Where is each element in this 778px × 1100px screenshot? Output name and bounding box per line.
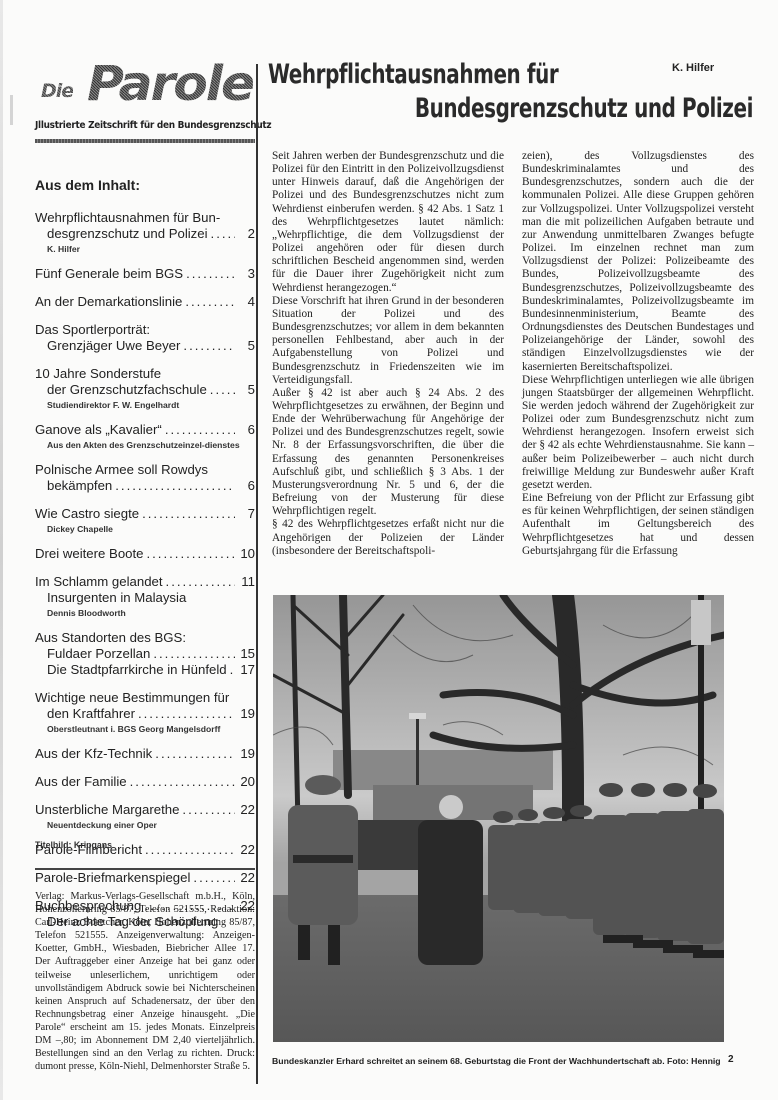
toc-line: Die Stadtpfarrkirche in Hünfeld17: [35, 662, 255, 678]
toc-leader-dots: [146, 546, 235, 562]
toc-page-number: [235, 630, 255, 646]
toc-leader-dots: [130, 774, 235, 790]
toc-leader-dots: [189, 590, 235, 606]
toc-entry-title: Wie Castro siegte: [35, 506, 139, 522]
toc-line: Fuldaer Porzellan15: [35, 646, 255, 662]
toc-entry-title: Aus Standorten des BGS:: [35, 630, 186, 646]
toc-leader-dots: [223, 210, 235, 226]
toc-line: Aus Standorten des BGS:: [35, 630, 255, 646]
toc-entry-author: Oberstleutnant i. BGS Georg Mangelsdorff: [35, 724, 255, 734]
toc-line: Wichtige neue Bestimmungen für: [35, 690, 255, 706]
toc-leader-dots: [164, 366, 235, 382]
toc-page-number: [235, 690, 255, 706]
toc-line: Im Schlamm gelandet11: [35, 574, 255, 590]
toc-line: Insurgenten in Malaysia: [35, 590, 255, 606]
toc-entry-title: Unsterbliche Margarethe: [35, 802, 179, 818]
toc-item: 10 Jahre Sonderstufeder Grenzschutzfachs…: [35, 366, 255, 410]
toc-entry-title: den Kraftfahrer: [47, 706, 135, 722]
article-paragraph: Außer § 42 ist aber auch § 24 Abs. 2 des…: [272, 387, 504, 519]
toc-entry-author: Aus den Akten des Grenzschutzeinzel-dien…: [35, 440, 255, 450]
toc-leader-dots: [166, 574, 235, 590]
toc-item: Das Sportlerporträt:Grenzjäger Uwe Beyer…: [35, 322, 255, 354]
toc-page-number: [235, 462, 255, 478]
toc-page-number: 19: [235, 706, 255, 722]
toc-entry-title: Aus der Familie: [35, 774, 127, 790]
imprint-divider: [35, 868, 255, 870]
masthead-subtitle: Jllustrierte Zeitschrift für den Bundesg…: [35, 120, 240, 131]
toc-page-number: [235, 322, 255, 338]
scan-edge: [0, 0, 3, 1100]
toc-leader-dots: [211, 226, 235, 242]
toc-line: Parole-Briefmarkenspiegel22: [35, 870, 255, 886]
toc-leader-dots: [142, 506, 235, 522]
toc-item: Unsterbliche Margarethe22Neuentdeckung e…: [35, 802, 255, 830]
toc-leader-dots: [145, 842, 235, 858]
toc-leader-dots: [211, 462, 235, 478]
logo-name: Parole: [87, 56, 253, 112]
toc-leader-dots: [182, 802, 235, 818]
logo-prefix: Die: [41, 80, 73, 102]
toc-line: Polnische Armee soll Rowdys: [35, 462, 255, 478]
toc-page-number: 19: [235, 746, 255, 762]
toc-page-number: 6: [235, 478, 255, 494]
toc-entry-title: 10 Jahre Sonderstufe: [35, 366, 161, 382]
toc-line: Unsterbliche Margarethe22: [35, 802, 255, 818]
toc-leader-dots: [115, 478, 235, 494]
toc-item: Aus der Familie20: [35, 774, 255, 790]
article-photo: [273, 595, 724, 1042]
toc-entry-author: Dickey Chapelle: [35, 524, 255, 534]
toc-leader-dots: [193, 870, 235, 886]
toc-line: bekämpfen6: [35, 478, 255, 494]
toc-entry-author: Neuentdeckung einer Oper: [35, 820, 255, 830]
toc-leader-dots: [189, 630, 235, 646]
toc-line: Wehrpflichtausnahmen für Bun-: [35, 210, 255, 226]
toc-page-number: 10: [235, 546, 255, 562]
toc-item: Aus Standorten des BGS:Fuldaer Porzellan…: [35, 630, 255, 678]
toc-leader-dots: [183, 338, 235, 354]
toc-item: Parole-Briefmarkenspiegel22: [35, 870, 255, 886]
cover-credit: Titelbild: Kripgans: [35, 840, 112, 850]
toc-leader-dots: [185, 294, 235, 310]
toc-entry-title: Parole-Briefmarkenspiegel: [35, 870, 190, 886]
toc-leader-dots: [165, 422, 235, 438]
toc-page-number: [235, 366, 255, 382]
article-paragraph: Diese Vorschrift hat ihren Grund in der …: [272, 295, 504, 387]
sidebar: Die Parole Jllustrierte Zeitschrift für …: [35, 62, 255, 942]
page-number: 2: [728, 1054, 734, 1065]
toc-entry-author: Studiendirektor F. W. Engelhardt: [35, 400, 255, 410]
toc-entry-title: Grenzjäger Uwe Beyer: [47, 338, 180, 354]
toc-entry-title: Das Sportlerporträt:: [35, 322, 150, 338]
toc-entry-title: Polnische Armee soll Rowdys: [35, 462, 208, 478]
toc-line: 10 Jahre Sonderstufe: [35, 366, 255, 382]
toc-line: den Kraftfahrer19: [35, 706, 255, 722]
toc-entry-title: desgrenzschutz und Polizei: [47, 226, 208, 242]
toc-page-number: 5: [235, 382, 255, 398]
toc-item: Aus der Kfz-Technik19: [35, 746, 255, 762]
article-title-line1: Wehrpflichtausnahmen für: [268, 58, 666, 92]
toc-item: Ganove als „Kavalier“6Aus den Akten des …: [35, 422, 255, 450]
toc-heading: Aus dem Inhalt:: [35, 177, 255, 193]
toc-entry-author: Dennis Bloodworth: [35, 608, 255, 618]
toc-leader-dots: [210, 382, 235, 398]
toc-line: desgrenzschutz und Polizei2: [35, 226, 255, 242]
masthead-divider: [35, 139, 255, 143]
toc-item: Drei weitere Boote10: [35, 546, 255, 562]
toc-page-number: 4: [235, 294, 255, 310]
scan-mark: [10, 95, 13, 125]
photo-honor-guard-image: [273, 595, 724, 1042]
toc-item: An der Demarkationslinie4: [35, 294, 255, 310]
toc-item: Wehrpflichtausnahmen für Bun-desgrenzsch…: [35, 210, 255, 254]
toc-entry-author: K. Hilfer: [35, 244, 255, 254]
article-body: Seit Jahren werben der Bundesgrenzschutz…: [272, 150, 754, 558]
toc-page-number: 11: [235, 574, 255, 590]
toc-leader-dots: [153, 322, 235, 338]
toc-entry-title: Wehrpflichtausnahmen für Bun-: [35, 210, 220, 226]
toc-entry-title: Fuldaer Porzellan: [47, 646, 150, 662]
imprint-text: Verlag: Markus-Verlags-Gesellschaft m.b.…: [35, 890, 255, 1073]
toc-entry-title: Die Stadtpfarrkirche in Hünfeld: [47, 662, 227, 678]
toc-item: Wichtige neue Bestimmungen fürden Kraftf…: [35, 690, 255, 734]
toc-entry-title: Drei weitere Boote: [35, 546, 143, 562]
article-title: Wehrpflichtausnahmen für Bundesgrenzschu…: [268, 58, 753, 126]
toc-page-number: 22: [235, 802, 255, 818]
toc-entry-title: der Grenzschutzfachschule: [47, 382, 207, 398]
table-of-contents: Wehrpflichtausnahmen für Bun-desgrenzsch…: [35, 210, 255, 930]
toc-page-number: 6: [235, 422, 255, 438]
masthead-logo: Die Parole: [35, 62, 255, 118]
toc-page-number: 3: [235, 266, 255, 282]
article-paragraph: zeien), des Vollzugsdienstes des Bundesk…: [522, 150, 754, 374]
toc-page-number: [235, 590, 255, 606]
toc-page-number: 2: [235, 226, 255, 242]
toc-entry-title: Im Schlamm gelandet: [35, 574, 163, 590]
toc-page-number: 22: [235, 870, 255, 886]
toc-item: Polnische Armee soll Rowdysbekämpfen6: [35, 462, 255, 494]
toc-line: Grenzjäger Uwe Beyer5: [35, 338, 255, 354]
toc-page-number: 17: [235, 662, 255, 678]
column-divider: [256, 64, 258, 1084]
toc-entry-title: Fünf Generale beim BGS: [35, 266, 183, 282]
toc-entry-title: bekämpfen: [47, 478, 112, 494]
article-column-2: zeien), des Vollzugsdienstes des Bundesk…: [522, 150, 754, 558]
toc-leader-dots: [155, 746, 235, 762]
toc-item: Fünf Generale beim BGS3: [35, 266, 255, 282]
toc-page-number: [235, 210, 255, 226]
toc-leader-dots: [138, 706, 235, 722]
toc-line: Das Sportlerporträt:: [35, 322, 255, 338]
toc-entry-title: Aus der Kfz-Technik: [35, 746, 152, 762]
article-paragraph: § 42 des Wehrpflichtgesetzes erfaßt nich…: [272, 518, 504, 557]
toc-line: Aus der Familie20: [35, 774, 255, 790]
toc-page-number: 5: [235, 338, 255, 354]
toc-line: Wie Castro siegte7: [35, 506, 255, 522]
toc-page-number: 20: [235, 774, 255, 790]
article-column-1: Seit Jahren werben der Bundesgrenzschutz…: [272, 150, 504, 558]
article-paragraph: Seit Jahren werben der Bundesgrenzschutz…: [272, 150, 504, 295]
toc-line: An der Demarkationslinie4: [35, 294, 255, 310]
toc-page-number: 15: [235, 646, 255, 662]
article-paragraph: Eine Befreiung von der Pflicht zur Erfas…: [522, 492, 754, 558]
toc-line: Fünf Generale beim BGS3: [35, 266, 255, 282]
toc-item: Im Schlamm gelandet11Insurgenten in Mala…: [35, 574, 255, 618]
toc-leader-dots: [186, 266, 235, 282]
toc-page-number: 22: [235, 842, 255, 858]
toc-page-number: 7: [235, 506, 255, 522]
toc-line: Ganove als „Kavalier“6: [35, 422, 255, 438]
toc-line: der Grenzschutzfachschule5: [35, 382, 255, 398]
photo-caption: Bundeskanzler Erhard schreitet an seinem…: [272, 1056, 721, 1066]
toc-leader-dots: [153, 646, 235, 662]
toc-line: Aus der Kfz-Technik19: [35, 746, 255, 762]
toc-entry-title: Insurgenten in Malaysia: [47, 590, 186, 606]
article-paragraph: Diese Wehrpflichtigen unterliegen wie al…: [522, 374, 754, 492]
toc-entry-title: Wichtige neue Bestimmungen für: [35, 690, 229, 706]
toc-entry-title: Ganove als „Kavalier“: [35, 422, 162, 438]
toc-entry-title: An der Demarkationslinie: [35, 294, 182, 310]
toc-line: Drei weitere Boote10: [35, 546, 255, 562]
toc-item: Wie Castro siegte7Dickey Chapelle: [35, 506, 255, 534]
article-title-line2: Bundesgrenzschutz und Polizei: [355, 92, 753, 126]
